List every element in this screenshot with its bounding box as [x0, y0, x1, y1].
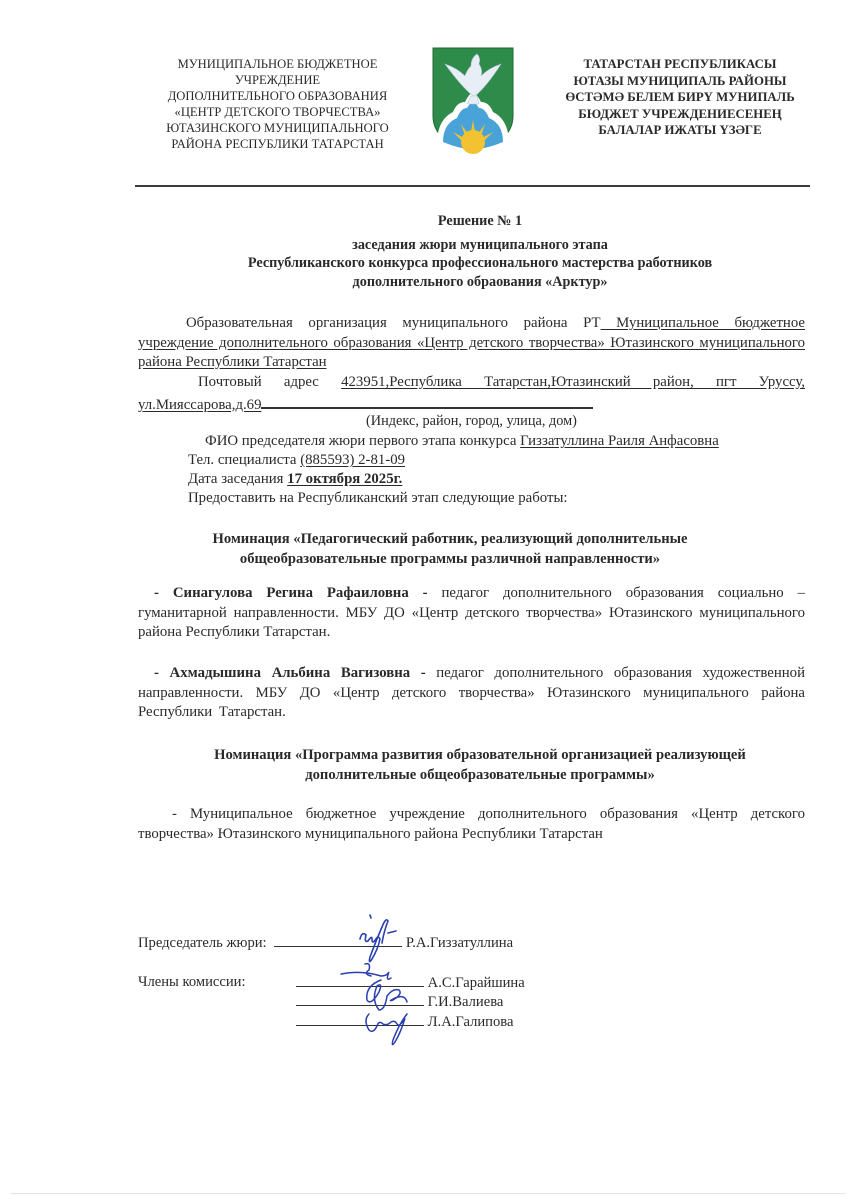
header-divider — [135, 185, 810, 187]
phone-label: Тел. специалиста — [188, 452, 297, 468]
nominee-name: Синагулова Регина Рафаиловна - — [173, 585, 428, 601]
header-right-line: БЮДЖЕТ УЧРЕЖДЕНИЕСЕНЕҢ — [535, 106, 825, 123]
header-left-line: ДОПОЛНИТЕЛЬНОГО ОБРАЗОВАНИЯ — [140, 88, 415, 104]
title-line: заседания жюри муниципального этапа — [140, 236, 820, 255]
decision-number: Решение № 1 — [140, 212, 820, 231]
nominee-entry: - Муниципальное бюджетное учреждение доп… — [138, 805, 805, 844]
nomination-title-line: общеобразовательные программы различной … — [130, 550, 770, 570]
header-right-line: ЮТАЗЫ МУНИЦИПАЛЬ РАЙОНЫ — [535, 73, 825, 90]
header-left-line: «ЦЕНТР ДЕТСКОГО ТВОРЧЕСТВА» — [140, 104, 415, 120]
entry-prefix: - — [138, 806, 190, 822]
nominee-name: Ахмадышина Альбина Вагизовна - — [170, 665, 426, 681]
header-left-line: МУНИЦИПАЛЬНОЕ БЮДЖЕТНОЕ — [140, 56, 415, 72]
entry-prefix: - — [138, 665, 170, 681]
nomination-title: Номинация «Программа развития образовате… — [140, 746, 820, 785]
header-org-tt: ТАТАРСТАН РЕСПУБЛИКАСЫ ЮТАЗЫ МУНИЦИПАЛЬ … — [535, 56, 825, 139]
header-right-line: ТАТАРСТАН РЕСПУБЛИКАСЫ — [535, 56, 825, 73]
phone-line: Тел. специалиста (885593) 2-81-09 — [188, 451, 849, 471]
address-label: Почтовый адрес — [138, 374, 319, 390]
title-line: дополнительного обраования «Арктур» — [140, 273, 820, 292]
address-hint: (Индекс, район, город, улица, дом) — [138, 412, 805, 432]
date-label: Дата заседания — [188, 471, 283, 487]
members-label: Члены комиссии: — [138, 972, 246, 992]
chair-label: ФИО председателя жюри первого этапа конк… — [205, 433, 516, 449]
organization-paragraph: Образовательная организация муниципально… — [138, 314, 805, 373]
date-line: Дата заседания 17 октября 2025г. — [188, 470, 849, 490]
nominee-entry: - Ахмадышина Альбина Вагизовна - педагог… — [138, 664, 805, 723]
header-right-line: БАЛАЛАР ИЖАТЫ ҮЗӘГЕ — [535, 122, 825, 139]
submit-text: Предоставить на Республиканский этап сле… — [188, 489, 849, 509]
coat-of-arms-icon — [431, 46, 515, 154]
header-left-line: ЮТАЗИНСКОГО МУНИЦИПАЛЬНОГО — [140, 120, 415, 136]
header-left-line: РАЙОНА РЕСПУБЛИКИ ТАТАРСТАН — [140, 136, 415, 152]
chair-signature-label: Председатель жюри: — [138, 935, 267, 951]
title-line: Республиканского конкурса профессиональн… — [140, 254, 820, 273]
header-org-ru: МУНИЦИПАЛЬНОЕ БЮДЖЕТНОЕ УЧРЕЖДЕНИЕ ДОПОЛ… — [140, 56, 415, 152]
chair-value: Гиззатуллина Раиля Анфасовна — [520, 433, 719, 449]
address-blank-line — [261, 393, 593, 409]
date-value: 17 октября 2025г. — [287, 471, 402, 487]
chair-signature-row: Председатель жюри: Р.А.Гиззатуллина — [138, 932, 513, 953]
nomination-title-line: Номинация «Педагогический работник, реал… — [130, 530, 770, 550]
address-paragraph: Почтовый адрес 423951,Республика Татарст… — [138, 373, 805, 415]
member-signatures-ink-icon — [335, 958, 445, 1058]
header-left-line: УЧРЕЖДЕНИЕ — [140, 72, 415, 88]
page-bottom-edge — [10, 1193, 845, 1194]
chair-signature-ink-icon — [352, 905, 432, 965]
nomination-title-line: Номинация «Программа развития образовате… — [140, 746, 820, 766]
header-right-line: ӨСТӘМӘ БЕЛЕМ БИРҮ МУНИПАЛЬ — [535, 89, 825, 106]
org-label: Образовательная организация муниципально… — [138, 315, 601, 331]
entry-prefix: - — [138, 585, 173, 601]
nomination-title-line: дополнительные общеобразовательные прогр… — [140, 766, 820, 786]
nomination-title: Номинация «Педагогический работник, реал… — [130, 530, 770, 569]
nominee-entry: - Синагулова Регина Рафаиловна - педагог… — [138, 584, 805, 643]
document-title: Решение № 1 заседания жюри муниципальног… — [140, 212, 820, 291]
nominee-description: Муниципальное бюджетное учреждение допол… — [138, 806, 805, 842]
chair-line: ФИО председателя жюри первого этапа конк… — [205, 432, 805, 452]
phone-value: (885593) 2-81-09 — [300, 452, 405, 468]
